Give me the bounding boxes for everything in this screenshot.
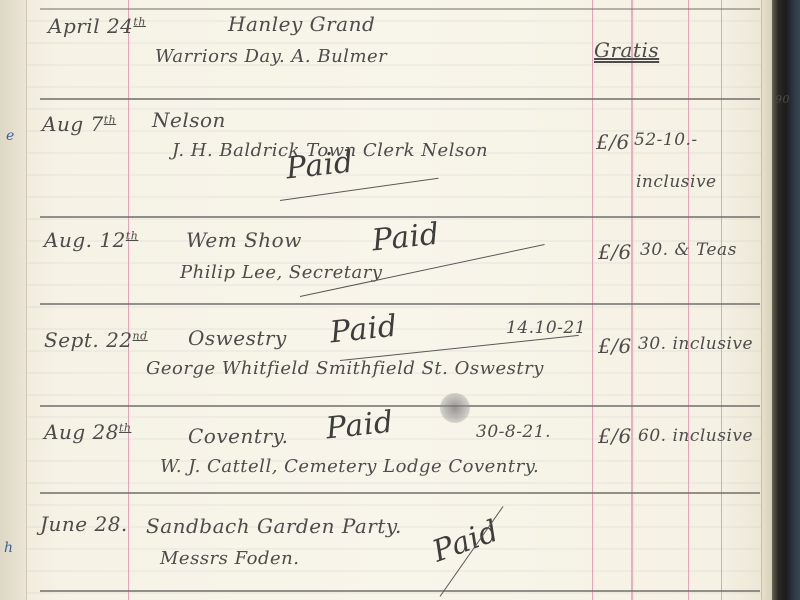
ledger-page: e h 90 April 24th Hanley Grand Warriors …: [0, 0, 800, 600]
entry-fee: 30. & Teas: [640, 240, 737, 260]
paid-stamp: Paid: [324, 405, 395, 447]
paid-stamp: Paid: [284, 145, 355, 187]
row-separator: [40, 8, 760, 10]
fee-column-rule: [631, 0, 633, 600]
entry-fee-mark: £/6: [598, 424, 632, 448]
entry-event: Wem Show: [186, 228, 302, 252]
entry-date: April 24th: [48, 14, 146, 38]
previous-page-edge: e h: [0, 0, 27, 600]
entry-contact: George Whitfield Smithfield St. Oswestry: [146, 358, 544, 379]
date-column-rule: [128, 0, 129, 600]
row-separator: [40, 98, 760, 100]
ink-stain: [440, 393, 470, 423]
row-separator: [40, 303, 760, 305]
entry-date: June 28.: [40, 512, 128, 536]
entry-date: Sept. 22nd: [44, 328, 148, 352]
paid-stamp: Paid: [370, 217, 441, 259]
entry-event: Nelson: [152, 108, 226, 132]
entry-fee-mark: £/6: [598, 334, 632, 358]
fee-column-rule-2: [688, 0, 689, 600]
book-binding: [772, 0, 800, 600]
row-separator: [40, 590, 760, 592]
entry-event: Sandbach Garden Party.: [146, 514, 402, 538]
entry-fee: 52-10.-: [634, 130, 698, 150]
row-separator: [40, 216, 760, 218]
paid-date: 14.10-21: [506, 318, 586, 338]
entry-fee: 60. inclusive: [638, 426, 753, 446]
entry-fee-mark: £/6: [598, 240, 632, 264]
paid-stamp: Paid: [328, 309, 399, 351]
row-separator: [40, 492, 760, 494]
entry-fee-mark: £/6: [596, 130, 630, 154]
entry-date: Aug 7th: [42, 112, 116, 136]
entry-date: Aug 28th: [44, 420, 131, 444]
entry-contact: W. J. Cattell, Cemetery Lodge Coventry.: [160, 456, 539, 477]
row-separator: [40, 405, 760, 407]
entry-event: Oswestry: [188, 326, 287, 350]
entry-contact: Messrs Foden.: [160, 548, 299, 569]
entry-event: Hanley Grand: [228, 12, 375, 36]
entry-date: Aug. 12th: [44, 228, 138, 252]
entry-fee: 30. inclusive: [638, 334, 753, 354]
entry-contact: Warriors Day. A. Bulmer: [155, 46, 387, 67]
margin-mark: h: [4, 540, 13, 556]
margin-mark: e: [6, 128, 14, 144]
paid-date: 30-8-21.: [476, 422, 551, 442]
entry-fee: Gratis: [594, 38, 659, 62]
entry-event: Coventry.: [188, 424, 288, 448]
entry-fee-note: inclusive: [636, 172, 717, 192]
entry-contact: Philip Lee, Secretary: [180, 262, 382, 283]
page-edge: [761, 0, 772, 600]
page-number: 90: [775, 93, 790, 106]
mark-column-rule: [592, 0, 593, 600]
fee-column-rule-3: [721, 0, 722, 600]
